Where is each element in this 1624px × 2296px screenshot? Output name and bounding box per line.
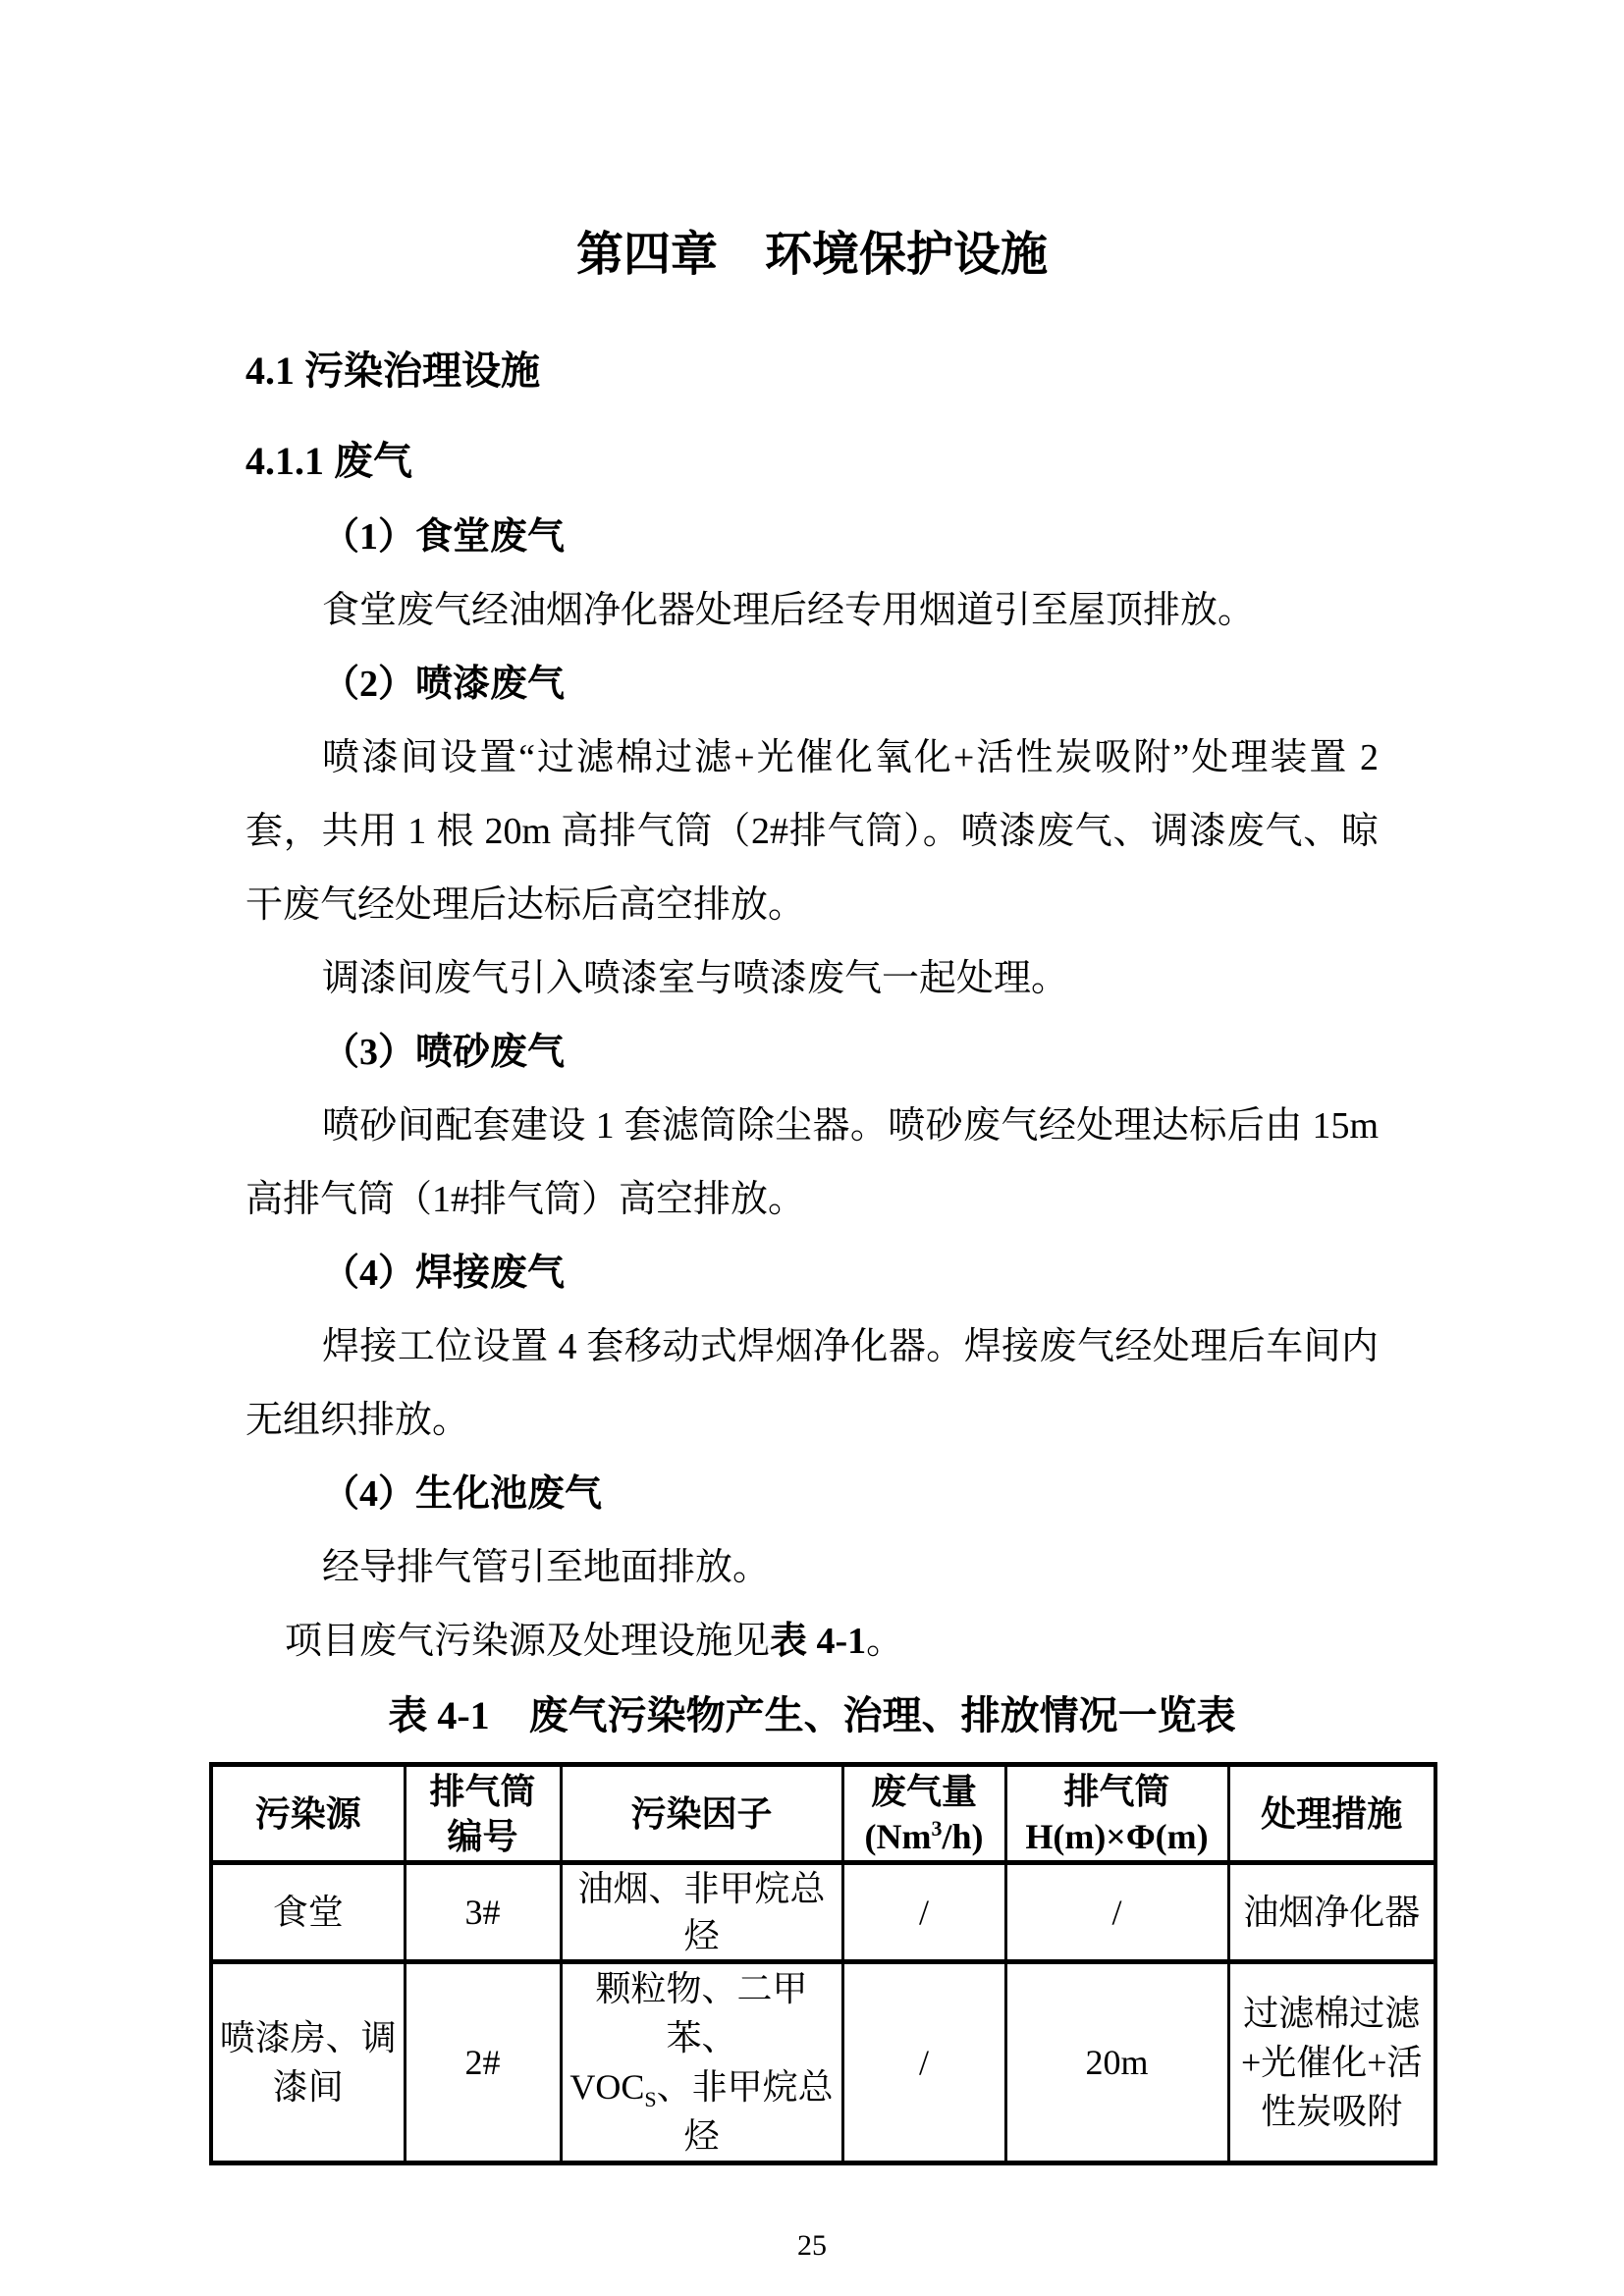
paragraph-line-table-ref: 项目废气污染源及处理设施见表 4-1。 xyxy=(245,1605,1379,1679)
chapter-title: 第四章 环境保护设施 xyxy=(245,226,1379,285)
waste-gas-table: 污染源 排气筒 编号 污染因子 废气量 (Nm3/h) 排气筒 H(m)×Φ(m… xyxy=(209,1762,1437,2165)
superscript-3: 3 xyxy=(931,1816,942,1841)
table-header-row: 污染源 排气筒 编号 污染因子 废气量 (Nm3/h) 排气筒 H(m)×Φ(m… xyxy=(211,1765,1435,1863)
document-page: 第四章 环境保护设施 4.1 污染治理设施 4.1.1 废气 （1）食堂废气 食… xyxy=(0,0,1624,2296)
paragraph-line: 无组织排放。 xyxy=(245,1384,1379,1458)
paragraph-line: 喷砂间配套建设 1 套滤筒除尘器。喷砂废气经处理达标后由 15m xyxy=(245,1090,1379,1163)
paragraph-line: 套，共用 1 根 20m 高排气筒（2#排气筒）。喷漆废气、调漆废气、晾 xyxy=(245,795,1379,869)
page-number: 25 xyxy=(245,2226,1379,2266)
cell-stack-no: 3# xyxy=(405,1863,561,1962)
subitem-heading-sandblast: （3）喷砂废气 xyxy=(245,1016,1379,1090)
cell-source: 喷漆房、调 漆间 xyxy=(211,1962,405,2163)
subsection-heading-4-1-1: 4.1.1 废气 xyxy=(245,431,1379,492)
cell-stack-dims: 20m xyxy=(1005,1962,1228,2163)
section-heading-4-1: 4.1 污染治理设施 xyxy=(245,341,1379,401)
header-stack-dimensions: 排气筒 H(m)×Φ(m) xyxy=(1005,1765,1228,1863)
paragraph-line: 经导排气管引至地面排放。 xyxy=(245,1531,1379,1605)
paragraph-line: 干废气经处理后达标后高空排放。 xyxy=(245,869,1379,942)
subitem-heading-paint: （2）喷漆废气 xyxy=(245,648,1379,721)
table-row-paint-room: 喷漆房、调 漆间 2# 颗粒物、二甲苯、 VOCS、非甲烷总 烃 / 20m 过… xyxy=(211,1962,1435,2163)
paragraph-line: 焊接工位设置 4 套移动式焊烟净化器。焊接废气经处理后车间内 xyxy=(245,1310,1379,1384)
subitem-heading-welding: （4）焊接废气 xyxy=(245,1237,1379,1310)
cell-stack-dims: / xyxy=(1005,1863,1228,1962)
paragraph-line: 喷漆间设置“过滤棉过滤+光催化氧化+活性炭吸附”处理装置 2 xyxy=(245,721,1379,795)
page-content: 第四章 环境保护设施 4.1 污染治理设施 4.1.1 废气 （1）食堂废气 食… xyxy=(0,226,1624,2266)
table-ref-suffix: 。 xyxy=(866,1621,903,1662)
cell-factors: 油烟、非甲烷总烃 xyxy=(561,1863,842,1962)
paragraph-line: 高排气筒（1#排气筒）高空排放。 xyxy=(245,1163,1379,1237)
table-ref-label: 表 4-1 xyxy=(770,1621,866,1662)
cell-factors: 颗粒物、二甲苯、 VOCS、非甲烷总 烃 xyxy=(561,1962,842,2163)
header-pollution-source: 污染源 xyxy=(211,1765,405,1863)
table-caption: 表 4-1 废气污染物产生、治理、排放情况一览表 xyxy=(245,1679,1379,1752)
cell-stack-no: 2# xyxy=(405,1962,561,2163)
table-ref-prefix: 项目废气污染源及处理设施见 xyxy=(285,1621,770,1662)
subscript-s: S xyxy=(644,2087,656,2111)
cell-treatment: 过滤棉过滤 +光催化+活 性炭吸附 xyxy=(1228,1962,1435,2163)
cell-source: 食堂 xyxy=(211,1863,405,1962)
header-gas-volume: 废气量 (Nm3/h) xyxy=(842,1765,1005,1863)
subitem-heading-biotank: （4）生化池废气 xyxy=(245,1458,1379,1531)
table-row-canteen: 食堂 3# 油烟、非甲烷总烃 / / 油烟净化器 xyxy=(211,1863,1435,1962)
header-stack-number: 排气筒 编号 xyxy=(405,1765,561,1863)
subitem-heading-canteen: （1）食堂废气 xyxy=(245,501,1379,574)
paragraph-line: 食堂废气经油烟净化器处理后经专用烟道引至屋顶排放。 xyxy=(245,574,1379,648)
header-treatment: 处理措施 xyxy=(1228,1765,1435,1863)
header-pollution-factor: 污染因子 xyxy=(561,1765,842,1863)
paragraph-line: 调漆间废气引入喷漆室与喷漆废气一起处理。 xyxy=(245,942,1379,1016)
cell-treatment: 油烟净化器 xyxy=(1228,1863,1435,1962)
cell-volume: / xyxy=(842,1962,1005,2163)
cell-volume: / xyxy=(842,1863,1005,1962)
